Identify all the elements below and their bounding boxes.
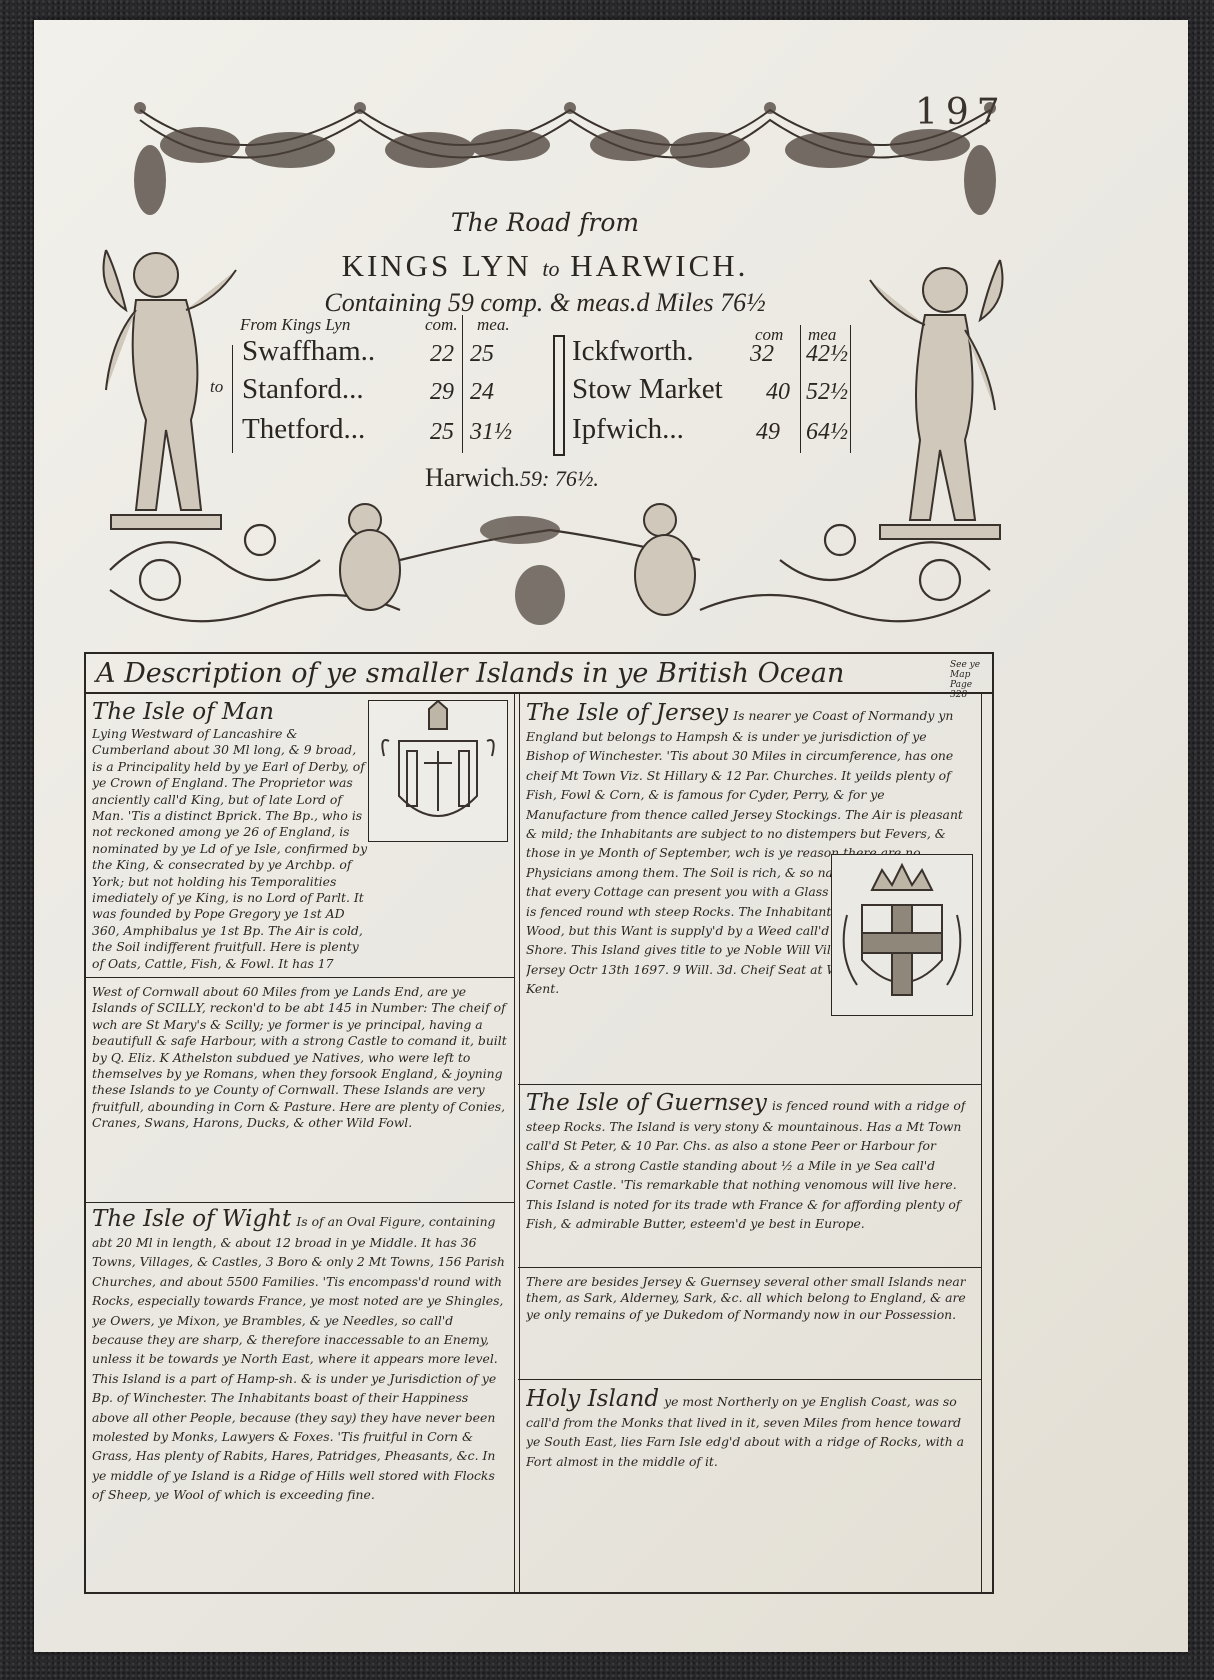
isle-of-man-coat-of-arms [368, 700, 508, 842]
right-row-place: Ickfworth. [572, 335, 694, 368]
right-row-mea: 42½ [806, 341, 848, 368]
left-row-mea: 31½ [470, 419, 512, 446]
section-divider [518, 1267, 982, 1268]
other-islands-body: There are besides Jersey & Guernsey seve… [526, 1274, 966, 1323]
mileage-summary: Containing 59 comp. & meas.d Miles 76½ [230, 288, 860, 318]
left-row-place: Thetford... [242, 413, 365, 446]
section-divider [518, 1084, 982, 1085]
islands-description-panel: A Description of ye smaller Islands in y… [84, 652, 994, 1594]
isle-of-guernsey-text: The Isle of Guernsey is fenced round wit… [526, 1090, 966, 1265]
isle-of-wight-paragraph: The Isle of Wight Is of an Oval Figure, … [92, 1206, 508, 1504]
right-border-line [981, 694, 982, 1592]
right-row-place: Ipfwich... [572, 413, 684, 446]
road-title: KINGS LYN to HARWICH. [230, 248, 860, 284]
isle-of-guernsey-paragraph: The Isle of Guernsey is fenced round wit… [526, 1090, 966, 1232]
final-destination-row: Harwich.59: 76½. [425, 463, 599, 493]
holy-island-heading: Holy Island [526, 1386, 659, 1412]
right-row-com: 32 [750, 341, 774, 368]
scilly-body: West of Cornwall about 60 Miles from ye … [92, 984, 508, 1132]
jersey-coat-of-arms [831, 854, 973, 1016]
final-place: Harwich [425, 463, 515, 492]
left-col-com: com. [425, 315, 458, 335]
left-bracket-line [232, 345, 233, 453]
road-from-label: The Road from [230, 208, 860, 237]
left-row-place: Stanford... [242, 373, 364, 406]
left-row-com: 29 [430, 379, 454, 406]
isle-of-man-heading: The Isle of Man [92, 700, 354, 724]
left-row-place: Swaffham.. [242, 335, 375, 368]
right-col-divider [800, 325, 801, 453]
to-label: to [210, 377, 223, 397]
section-divider [518, 1379, 982, 1380]
right-row-com: 49 [756, 419, 780, 446]
to-word: to [542, 256, 559, 281]
right-row-mea: 64½ [806, 419, 848, 446]
isle-of-wight-body: Is of an Oval Figure, containing abt 20 … [92, 1214, 505, 1502]
left-row-mea: 24 [470, 379, 494, 406]
section-divider [86, 977, 514, 978]
description-title-text: A Description of ye smaller Islands in y… [96, 658, 844, 689]
crowned-shield-icon [832, 855, 972, 1015]
isle-of-guernsey-body: is fenced round with a ridge of steep Ro… [526, 1098, 965, 1231]
isle-of-man-text: Lying Westward of Lancashire & Cumberlan… [92, 726, 368, 974]
left-col-divider [462, 315, 463, 453]
mermaid-scrollwork-ornament [100, 500, 1000, 650]
left-row-mea: 25 [470, 341, 494, 368]
other-islands-text: There are besides Jersey & Guernsey seve… [526, 1274, 966, 1374]
isle-of-man-body: Lying Westward of Lancashire & Cumberlan… [92, 726, 368, 974]
right-row-com: 40 [766, 379, 790, 406]
section-divider [86, 1202, 514, 1203]
right-row-mea: 52½ [806, 379, 848, 406]
mitre-shield-icon [369, 701, 507, 841]
final-distances: .59: 76½. [515, 466, 599, 491]
left-row-com: 22 [430, 341, 454, 368]
distance-table: From Kings Lyn com. mea. to Swaffham.. 2… [240, 315, 860, 465]
isle-of-jersey-heading: The Isle of Jersey [526, 700, 728, 726]
left-row-com: 25 [430, 419, 454, 446]
see-map-note: See ye Map Page 328 [950, 660, 990, 700]
from-label: From Kings Lyn [240, 315, 350, 335]
column-divider [514, 694, 520, 1592]
isle-of-guernsey-heading: The Isle of Guernsey [526, 1090, 767, 1116]
scilly-text: West of Cornwall about 60 Miles from ye … [92, 984, 508, 1199]
right-edge-line [850, 325, 851, 453]
holy-island-paragraph: Holy Island ye most Northerly on ye Engl… [526, 1386, 966, 1470]
right-row-place: Stow Market [572, 373, 723, 406]
holy-island-text: Holy Island ye most Northerly on ye Engl… [526, 1386, 966, 1526]
isle-of-wight-heading: The Isle of Wight [92, 1206, 291, 1232]
description-title: A Description of ye smaller Islands in y… [86, 654, 992, 694]
double-column-separator [553, 335, 565, 456]
floral-garland-ornament [130, 100, 1000, 220]
isle-of-wight-text: The Isle of Wight Is of an Oval Figure, … [92, 1206, 508, 1586]
destination-town: HARWICH. [570, 248, 748, 283]
left-col-mea: mea. [477, 315, 510, 335]
origin-town: KINGS LYN [342, 248, 532, 283]
